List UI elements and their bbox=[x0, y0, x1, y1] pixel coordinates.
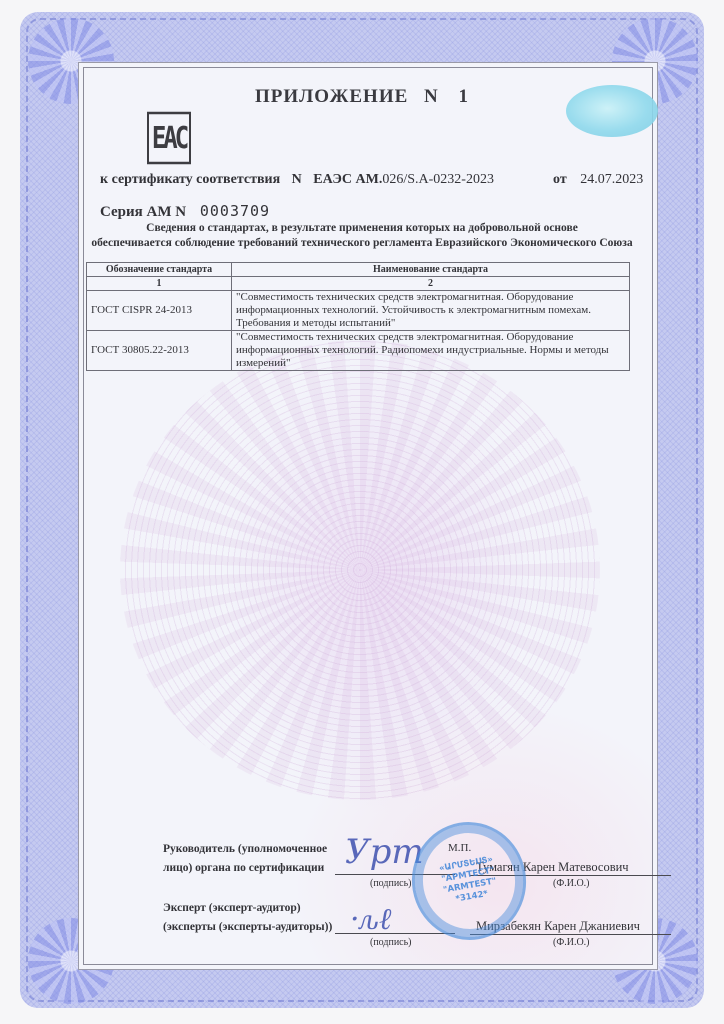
standard-name: "Совместимость технических средств элект… bbox=[232, 291, 630, 331]
standard-code: ГОСТ CISPR 24-2013 bbox=[87, 291, 232, 331]
intro-line-2: обеспечивается соблюдение требований тех… bbox=[82, 236, 642, 251]
expert-signature: ·ԉℓ bbox=[350, 902, 391, 937]
head-fio-caption: (Ф.И.О.) bbox=[553, 878, 590, 889]
expert-fio-caption: (Ф.И.О.) bbox=[553, 937, 590, 948]
title-text: ПРИЛОЖЕНИЕ bbox=[255, 86, 408, 107]
expert-signature-caption: (подпись) bbox=[370, 937, 412, 948]
series-line: Серия АМ N 0003709 bbox=[100, 202, 270, 221]
eac-logo-icon: ЕАС bbox=[147, 112, 191, 165]
column-header-name: Наименование стандарта bbox=[232, 263, 630, 277]
title-n: N bbox=[424, 86, 439, 107]
standard-name: "Совместимость технических средств элект… bbox=[232, 331, 630, 371]
standard-code: ГОСТ 30805.22-2013 bbox=[87, 331, 232, 371]
column-number-1: 1 bbox=[87, 277, 232, 291]
appendix-number: 1 bbox=[459, 86, 470, 107]
certificate-reference: к сертификату соответствия N ЕАЭС АМ.026… bbox=[100, 172, 494, 188]
series-label: Серия АМ N bbox=[100, 204, 186, 220]
intro-line-1: Сведения о стандартах, в результате прим… bbox=[82, 221, 642, 236]
standards-table: Обозначение стандарта Наименование станд… bbox=[86, 262, 630, 371]
head-signature-caption: (подпись) bbox=[370, 878, 412, 889]
series-number: 0003709 bbox=[200, 202, 270, 220]
head-label: Руководитель (уполномоченное лицо) орган… bbox=[163, 840, 327, 878]
column-header-code: Обозначение стандарта bbox=[87, 263, 232, 277]
hologram-sticker bbox=[566, 85, 658, 137]
intro-text: Сведения о стандартах, в результате прим… bbox=[82, 221, 642, 251]
date-value: 24.07.2023 bbox=[580, 172, 643, 187]
column-number-row: 1 2 bbox=[87, 277, 630, 291]
date-prefix: от bbox=[553, 172, 567, 187]
expert-label: Эксперт (эксперт-аудитор) (эксперты (экс… bbox=[163, 899, 332, 937]
certificate-n: N bbox=[292, 172, 302, 187]
head-signature: Урт bbox=[345, 832, 424, 872]
certificate-number: 026/S.A-0232-2023 bbox=[382, 172, 494, 187]
table-row: ГОСТ CISPR 24-2013 "Совместимость технич… bbox=[87, 291, 630, 331]
table-row: ГОСТ 30805.22-2013 "Совместимость технич… bbox=[87, 331, 630, 371]
column-number-2: 2 bbox=[232, 277, 630, 291]
certificate-code: ЕАЭС АМ. bbox=[313, 172, 382, 187]
table-header-row: Обозначение стандарта Наименование станд… bbox=[87, 263, 630, 277]
certificate-date: от 24.07.2023 bbox=[553, 172, 643, 188]
certificate-prefix: к сертификату соответствия bbox=[100, 172, 280, 187]
